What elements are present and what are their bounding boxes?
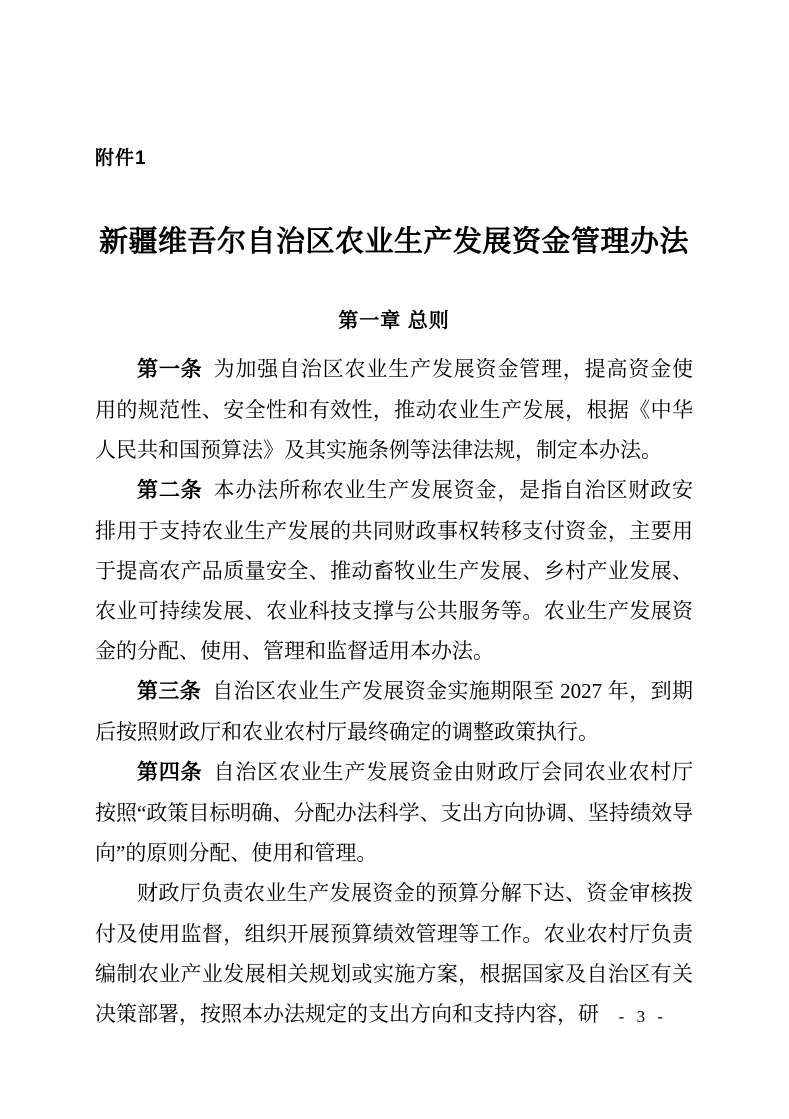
article-paragraph-3: 第三条自治区农业生产发展资金实施期限至 2027 年，到期后按照财政厅和农业农村… [95,671,693,752]
document-body: 第一条为加强自治区农业生产发展资金管理，提高资金使用的规范性、安全性和有效性，推… [95,349,693,1034]
article-text: 本办法所称农业生产发展资金，是指自治区财政安排用于支持农业生产发展的共同财政事权… [95,478,693,663]
article-number: 第一条 [137,358,203,381]
article-paragraph-4: 第四条自治区农业生产发展资金由财政厅会同农业农村厅按照“政策目标明确、分配办法科… [95,752,693,873]
article-paragraph-1: 第一条为加强自治区农业生产发展资金管理，提高资金使用的规范性、安全性和有效性，推… [95,349,693,470]
attachment-label: 附件1 [95,146,693,172]
document-page: 附件1 新疆维吾尔自治区农业生产发展资金管理办法 第一章 总则 第一条为加强自治… [0,0,789,1119]
chapter-heading: 第一章 总则 [95,307,693,335]
article-number: 第三条 [137,680,201,703]
article-text: 财政厅负责农业生产发展资金的预算分解下达、资金审核拨付及使用监督，组织开展预算绩… [95,881,693,1026]
page-number: - 3 - [619,1005,667,1029]
document-title: 新疆维吾尔自治区农业生产发展资金管理办法 [95,222,693,262]
article-number: 第二条 [137,479,203,502]
article-paragraph-2: 第二条本办法所称农业生产发展资金，是指自治区财政安排用于支持农业生产发展的共同财… [95,470,693,671]
article-paragraph-5: 财政厅负责农业生产发展资金的预算分解下达、资金审核拨付及使用监督，组织开展预算绩… [95,873,693,1034]
article-number: 第四条 [137,761,203,784]
